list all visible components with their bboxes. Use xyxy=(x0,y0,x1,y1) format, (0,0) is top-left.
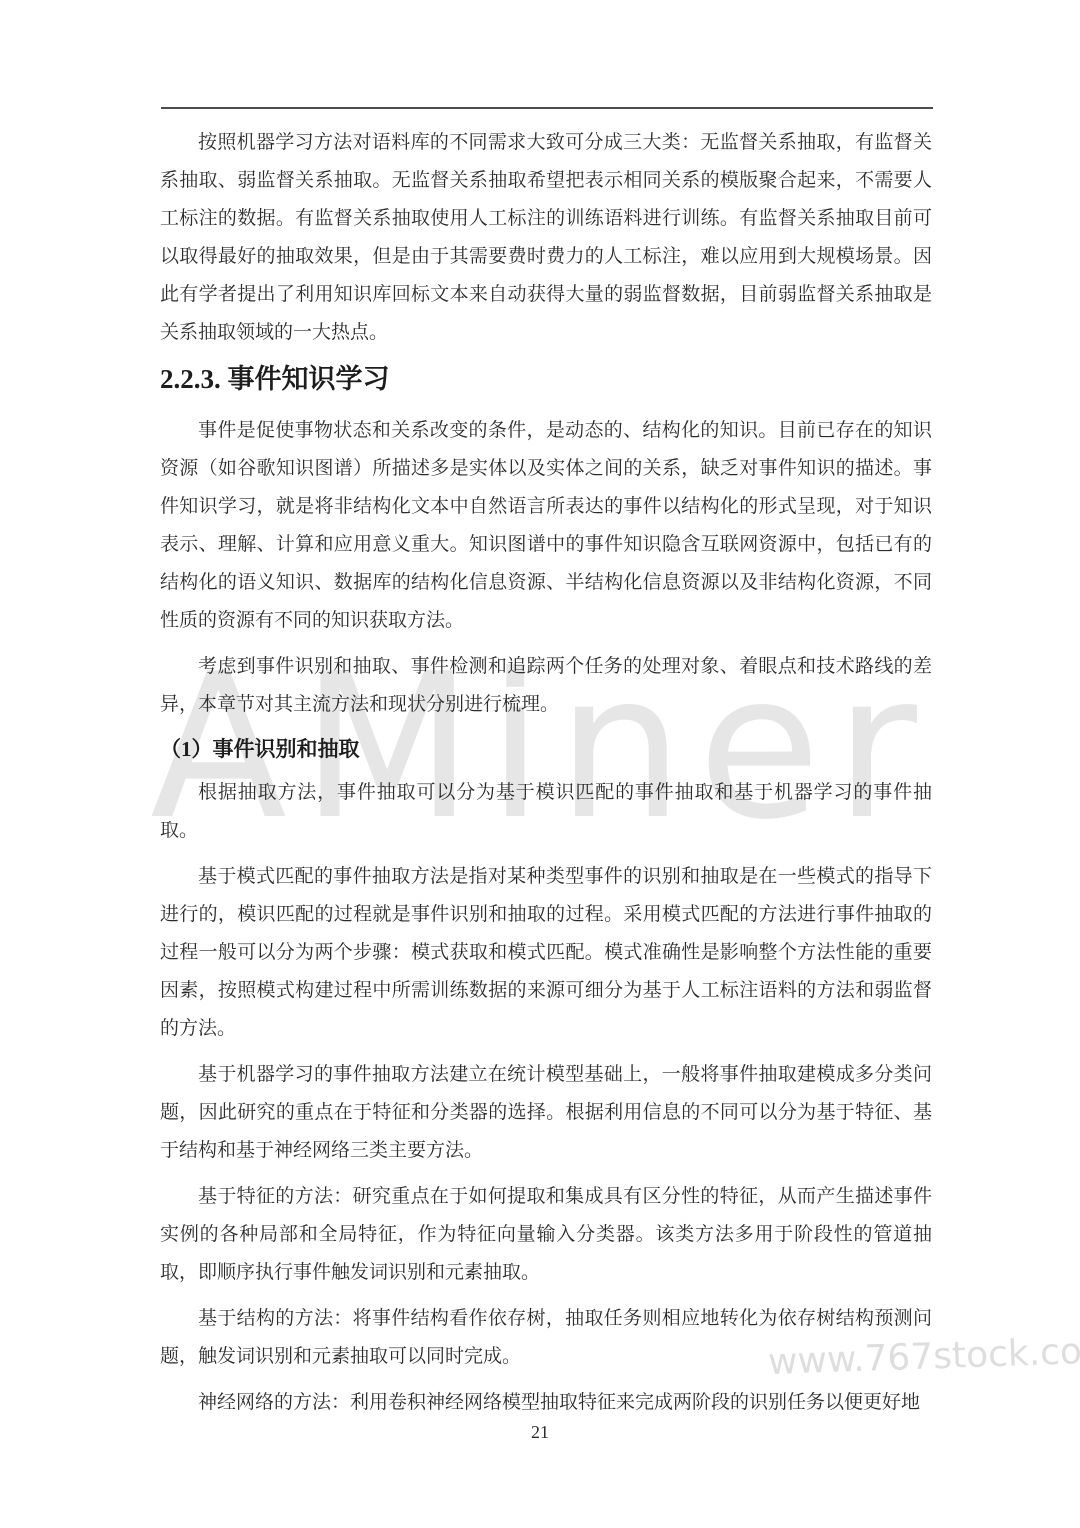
paragraph-task-differences: 考虑到事件识别和抽取、事件检测和追踪两个任务的处理对象、着眼点和技术路线的差异，… xyxy=(160,648,932,724)
document-content: 按照机器学习方法对语料库的不同需求大致可分成三大类：无监督关系抽取，有监督关系抽… xyxy=(160,124,932,1430)
paragraph-feature-based-method: 基于特征的方法：研究重点在于如何提取和集成具有区分性的特征，从而产生描述事件实例… xyxy=(160,1178,932,1292)
paragraph-pattern-matching-method: 基于模式匹配的事件抽取方法是指对某种类型事件的识别和抽取是在一些模式的指导下进行… xyxy=(160,858,932,1048)
paragraph-machine-learning-method: 基于机器学习的事件抽取方法建立在统计模型基础上，一般将事件抽取建模成多分类问题，… xyxy=(160,1056,932,1170)
header-rule xyxy=(161,107,933,109)
page-number: 21 xyxy=(0,1422,1080,1443)
section-heading-event-knowledge-learning: 2.2.3. 事件知识学习 xyxy=(160,360,932,398)
paragraph-neural-network-method: 神经网络的方法：利用卷积神经网络模型抽取特征来完成两阶段的识别任务以便更好地 xyxy=(160,1384,932,1422)
subsection-heading-event-recognition-extraction: （1）事件识别和抽取 xyxy=(160,734,932,764)
paragraph-event-definition: 事件是促使事物状态和关系改变的条件，是动态的、结构化的知识。目前已存在的知识资源… xyxy=(160,412,932,640)
paragraph-extraction-method-categories: 根据抽取方法，事件抽取可以分为基于模识匹配的事件抽取和基于机器学习的事件抽取。 xyxy=(160,774,932,850)
paragraph-relation-extraction-overview: 按照机器学习方法对语料库的不同需求大致可分成三大类：无监督关系抽取，有监督关系抽… xyxy=(160,124,932,352)
document-page: AMiner www.767stock.com 按照机器学习方法对语料库的不同需… xyxy=(0,0,1080,1528)
paragraph-structure-based-method: 基于结构的方法：将事件结构看作依存树，抽取任务则相应地转化为依存树结构预测问题，… xyxy=(160,1300,932,1376)
